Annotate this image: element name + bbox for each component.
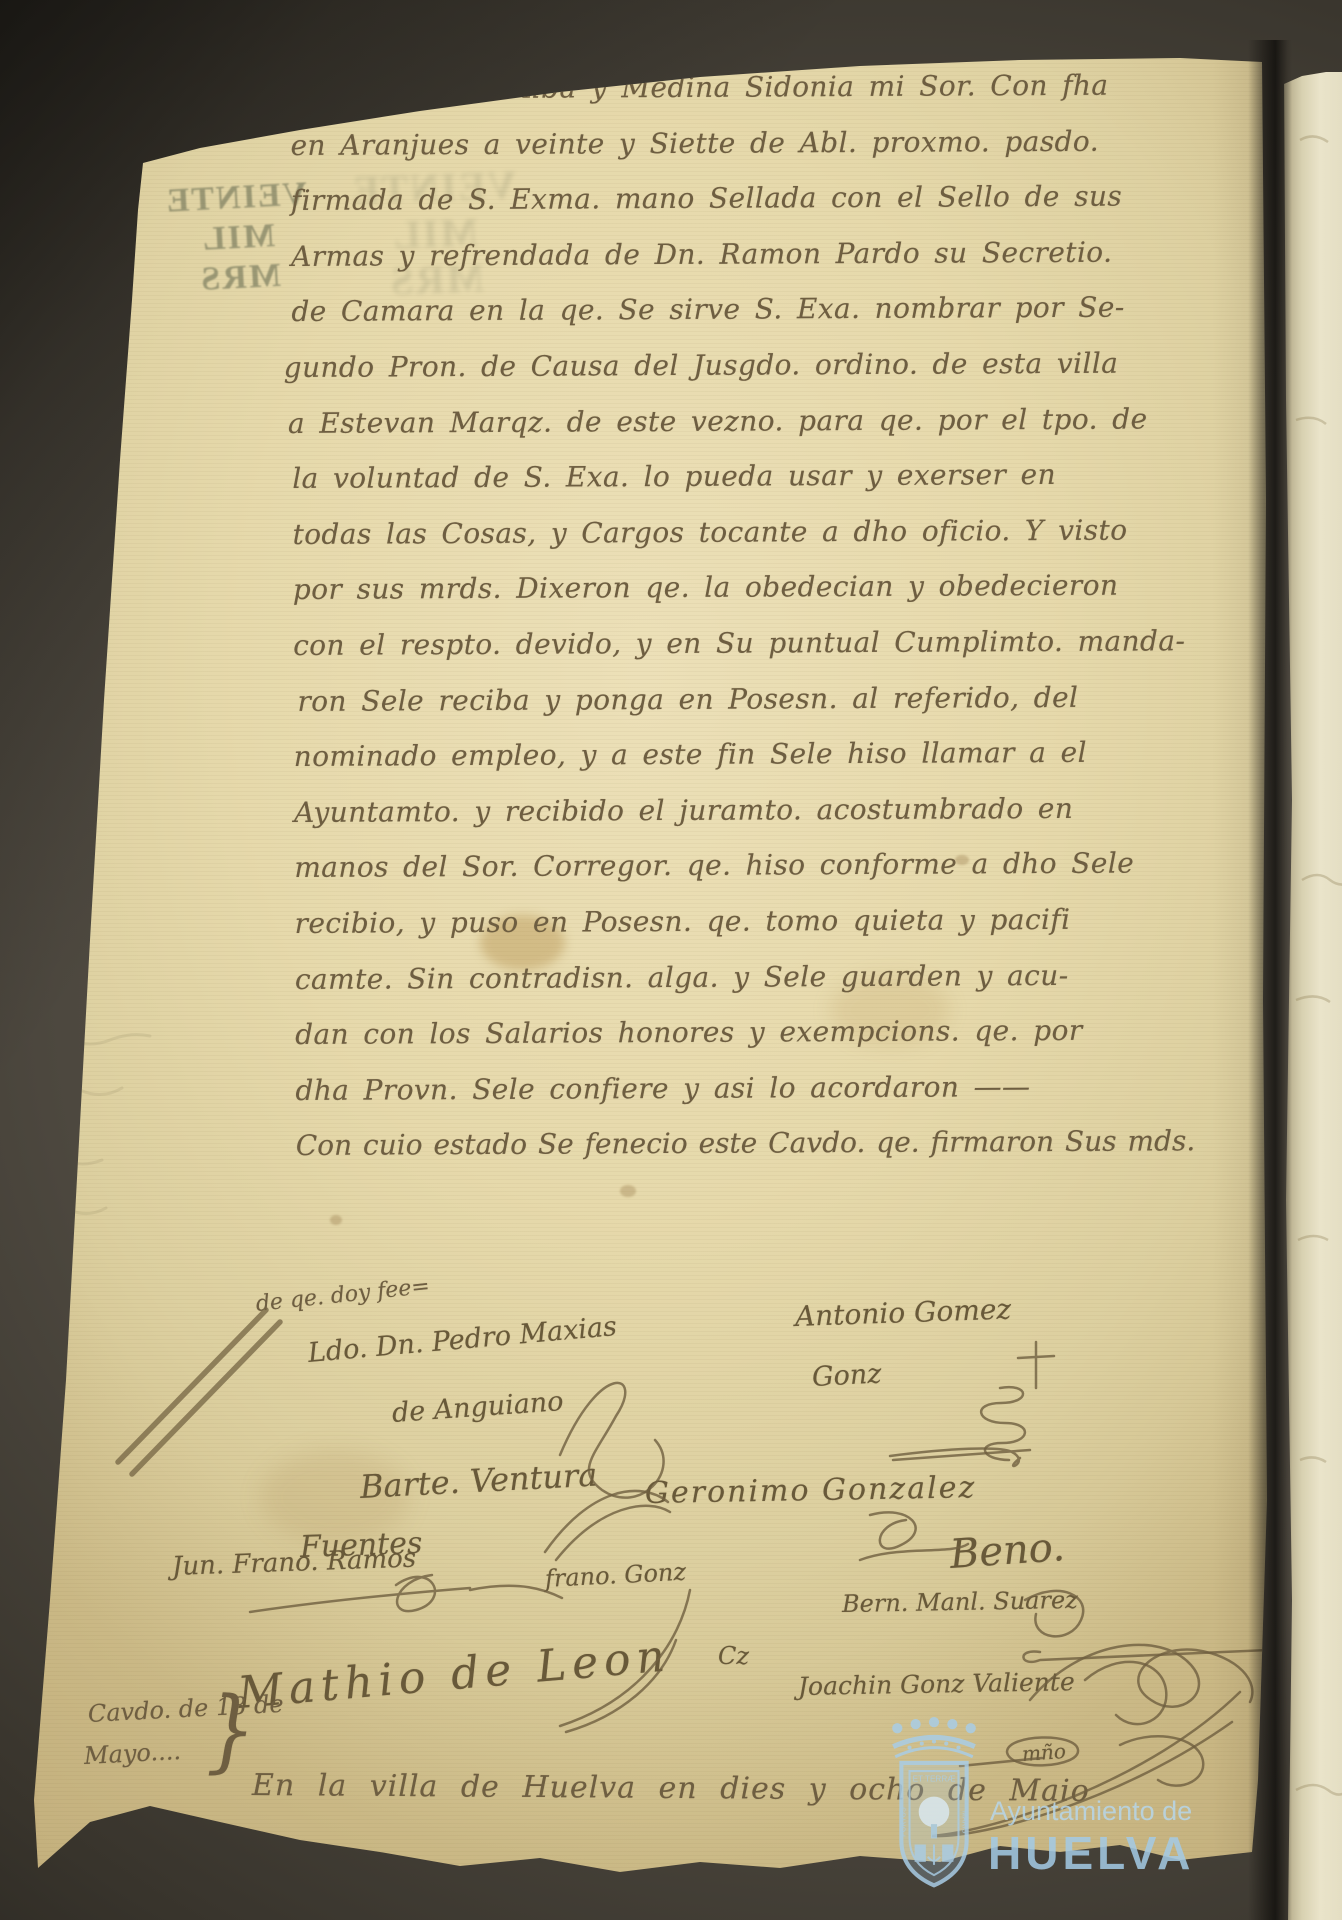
pen-slash xyxy=(118,1310,266,1462)
signature-francisco-gonzalez: frano. Gonz xyxy=(544,1558,686,1593)
signature-manuel-suarez: Bern. Manl. Suarez xyxy=(842,1586,1078,1618)
manuscript-line: de Camara en la qe. Se sirve S. Exa. nom… xyxy=(291,280,1036,339)
rubric-ramos xyxy=(250,1575,562,1612)
margin-note-line2: Mayo.... xyxy=(83,1737,181,1770)
manuscript-line: con el respto. devido, y en Su puntual C… xyxy=(293,614,1038,673)
signature-geronimo-gonzalez: Geronimo Gonzalez xyxy=(645,1470,977,1511)
signature-cz-rubric: Cz xyxy=(718,1642,749,1670)
rubric-joachin xyxy=(1085,1662,1203,1786)
manuscript-line: camte. Sin contradisn. alga. y Sele guar… xyxy=(295,948,1040,1007)
rubric-stroke xyxy=(1023,1650,1268,1662)
signature-antonio-gomez-line2: Gonz xyxy=(811,1358,882,1393)
manuscript-line: Armas y refrendada de Dn. Ramon Pardo su… xyxy=(291,225,1036,284)
foxing-spot xyxy=(330,1215,342,1225)
signature-bartolome-ventura: Barte. Ventura xyxy=(359,1456,598,1506)
signature-matheo-de-leon: Mathio de Leon xyxy=(236,1630,673,1719)
rubric-gomez xyxy=(890,1449,1030,1467)
rubric-gomez xyxy=(981,1387,1025,1460)
manuscript-line: manos del Sor. Corregor. qe. hiso confor… xyxy=(294,836,1039,895)
manuscript-line: ron Sele reciba y ponga en Posesn. al re… xyxy=(297,670,1038,729)
ghost-writing xyxy=(30,1035,150,1095)
manuscript-line: dha Provn. Sele confiere y asi lo acorda… xyxy=(295,1059,1040,1118)
closing-attestation: de qe. doy fee= xyxy=(255,1274,431,1317)
rubric-sweep xyxy=(932,1692,1240,1836)
manuscript-line: nominado empleo, y a este fin Sele hiso … xyxy=(294,725,1039,784)
signature-pedro-macias: Ldo. Dn. Pedro Maxias xyxy=(307,1311,618,1369)
manuscript-page: VEINTE MIL MRS VEINTE MIL MRS Sor. Duqe.… xyxy=(0,0,1342,1920)
signature-joachin-gonzalez-valiente: Joachin Gonz Valiente xyxy=(798,1667,1075,1701)
manuscript-line: Con cuio estado Se fenecio este Cavdo. q… xyxy=(296,1114,1041,1173)
margin-note-brace: } xyxy=(206,1679,256,1783)
pen-slash xyxy=(132,1322,280,1474)
signature-antonio-gomez: Antonio Gomez xyxy=(794,1292,1011,1333)
manuscript-line: Ayuntamto. y recibido el juramto. acostu… xyxy=(294,781,1039,840)
signature-juan-francisco-ramos: Jun. Frano. Ramos xyxy=(171,1543,416,1582)
manuscript-line: Sor. Duqe. de Alba y Medina Sidonia mi S… xyxy=(290,58,1035,117)
ink-stain xyxy=(36,324,101,395)
signature-pedro-macias-line2: de Anguiano xyxy=(391,1386,565,1429)
ghost-writing xyxy=(26,1156,106,1214)
manuscript-line: dan con los Salarios honores y exempcion… xyxy=(295,1003,1040,1062)
manuscript-line: gundo Pron. de Causa del Jusgdo. ordino.… xyxy=(284,336,1037,396)
cross-rubric-icon xyxy=(1018,1342,1054,1388)
manuscript-line: firmada de S. Exma. mano Sellada con el … xyxy=(291,169,1036,228)
foxing-spot xyxy=(620,1185,636,1197)
manuscript-line: por sus mrds. Dixeron qe. la obedecian y… xyxy=(293,558,1038,617)
oval-rubric-text: mño xyxy=(1021,1739,1066,1766)
dateline: En la villa de Huelva en dies y ocho de … xyxy=(252,1768,1090,1809)
manuscript-text: Sor. Duqe. de Alba y Medina Sidonia mi S… xyxy=(290,58,1041,1174)
signature-beno-rubric: Beno. xyxy=(948,1524,1066,1578)
manuscript-line: a Estevan Marqz. de este vezno. para qe.… xyxy=(288,392,1037,452)
manuscript-line: todas las Cosas, y Cargos tocante a dho … xyxy=(292,503,1037,562)
manuscript-line: en Aranjues a veinte y Siette de Abl. pr… xyxy=(290,114,1035,173)
manuscript-line: la voluntad de S. Exa. lo pueda usar y e… xyxy=(292,447,1037,506)
manuscript-line: recibio, y puso en Posesn. qe. tomo quie… xyxy=(294,892,1039,951)
ink-stain-dot xyxy=(55,300,71,315)
archival-scan: VEINTE MIL MRS VEINTE MIL MRS Sor. Duqe.… xyxy=(0,0,1342,1920)
